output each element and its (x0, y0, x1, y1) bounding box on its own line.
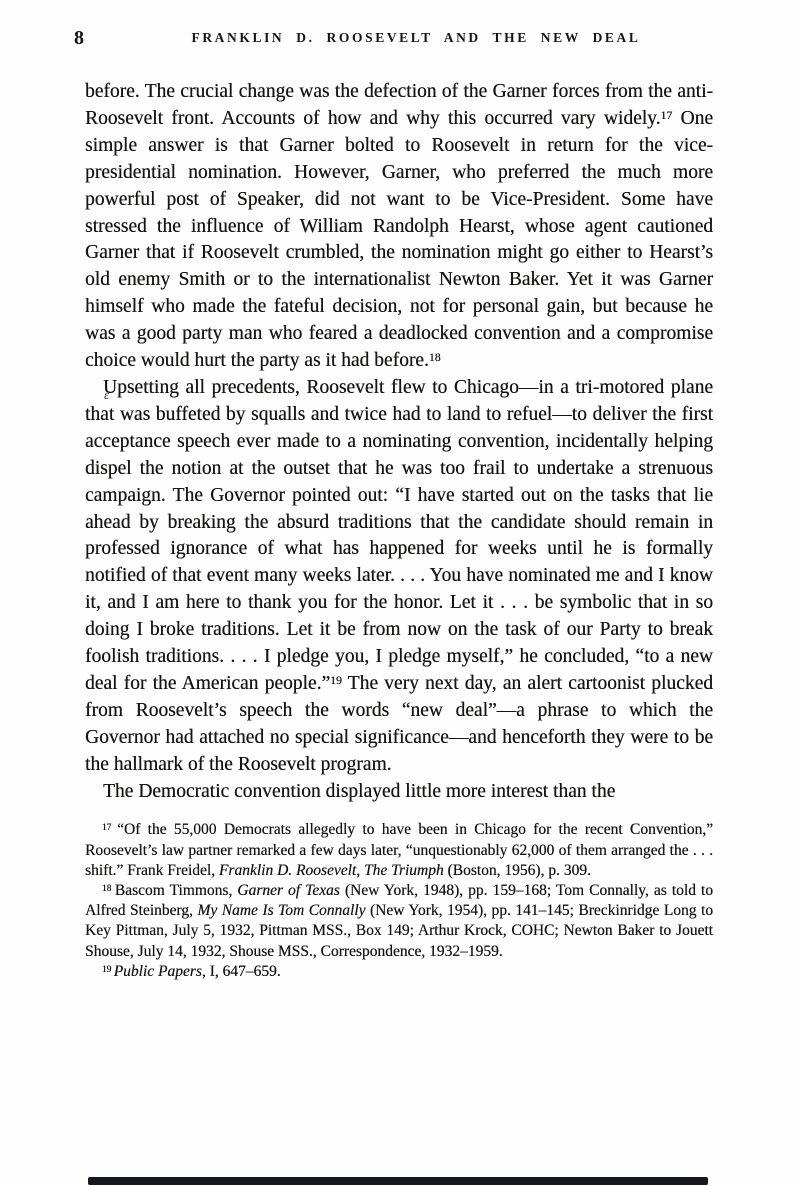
page-content: 8 FRANKLIN D. ROOSEVELT AND THE NEW DEAL… (85, 27, 713, 982)
body-text: before. The crucial change was the defec… (85, 79, 713, 805)
running-head: 8 FRANKLIN D. ROOSEVELT AND THE NEW DEAL (85, 30, 713, 52)
paragraph-continuation: before. The crucial change was the defec… (85, 79, 713, 375)
footnote-17: 17 “Of the 55,000 Democrats allegedly to… (85, 820, 713, 881)
paragraph-democratic-convention: The Democratic convention displayed litt… (85, 779, 713, 806)
scan-edge-bar (88, 1177, 708, 1185)
book-page: 8 FRANKLIN D. ROOSEVELT AND THE NEW DEAL… (0, 0, 795, 1186)
footnote-19: 19 Public Papers, I, 647–659. (85, 962, 713, 982)
page-number: 8 (74, 27, 85, 50)
paragraph-upsetting: εUpsetting all precedents, Roosevelt fle… (85, 375, 713, 779)
pencil-margin-mark: ε (86, 382, 109, 409)
footnotes-section: 17 “Of the 55,000 Democrats allegedly to… (85, 820, 713, 982)
paragraph-upsetting-text: Upsetting all precedents, Roosevelt flew… (85, 377, 713, 775)
running-header-title: FRANKLIN D. ROOSEVELT AND THE NEW DEAL (85, 30, 713, 46)
footnote-18: 18 Bascom Timmons, Garner of Texas (New … (85, 881, 713, 962)
